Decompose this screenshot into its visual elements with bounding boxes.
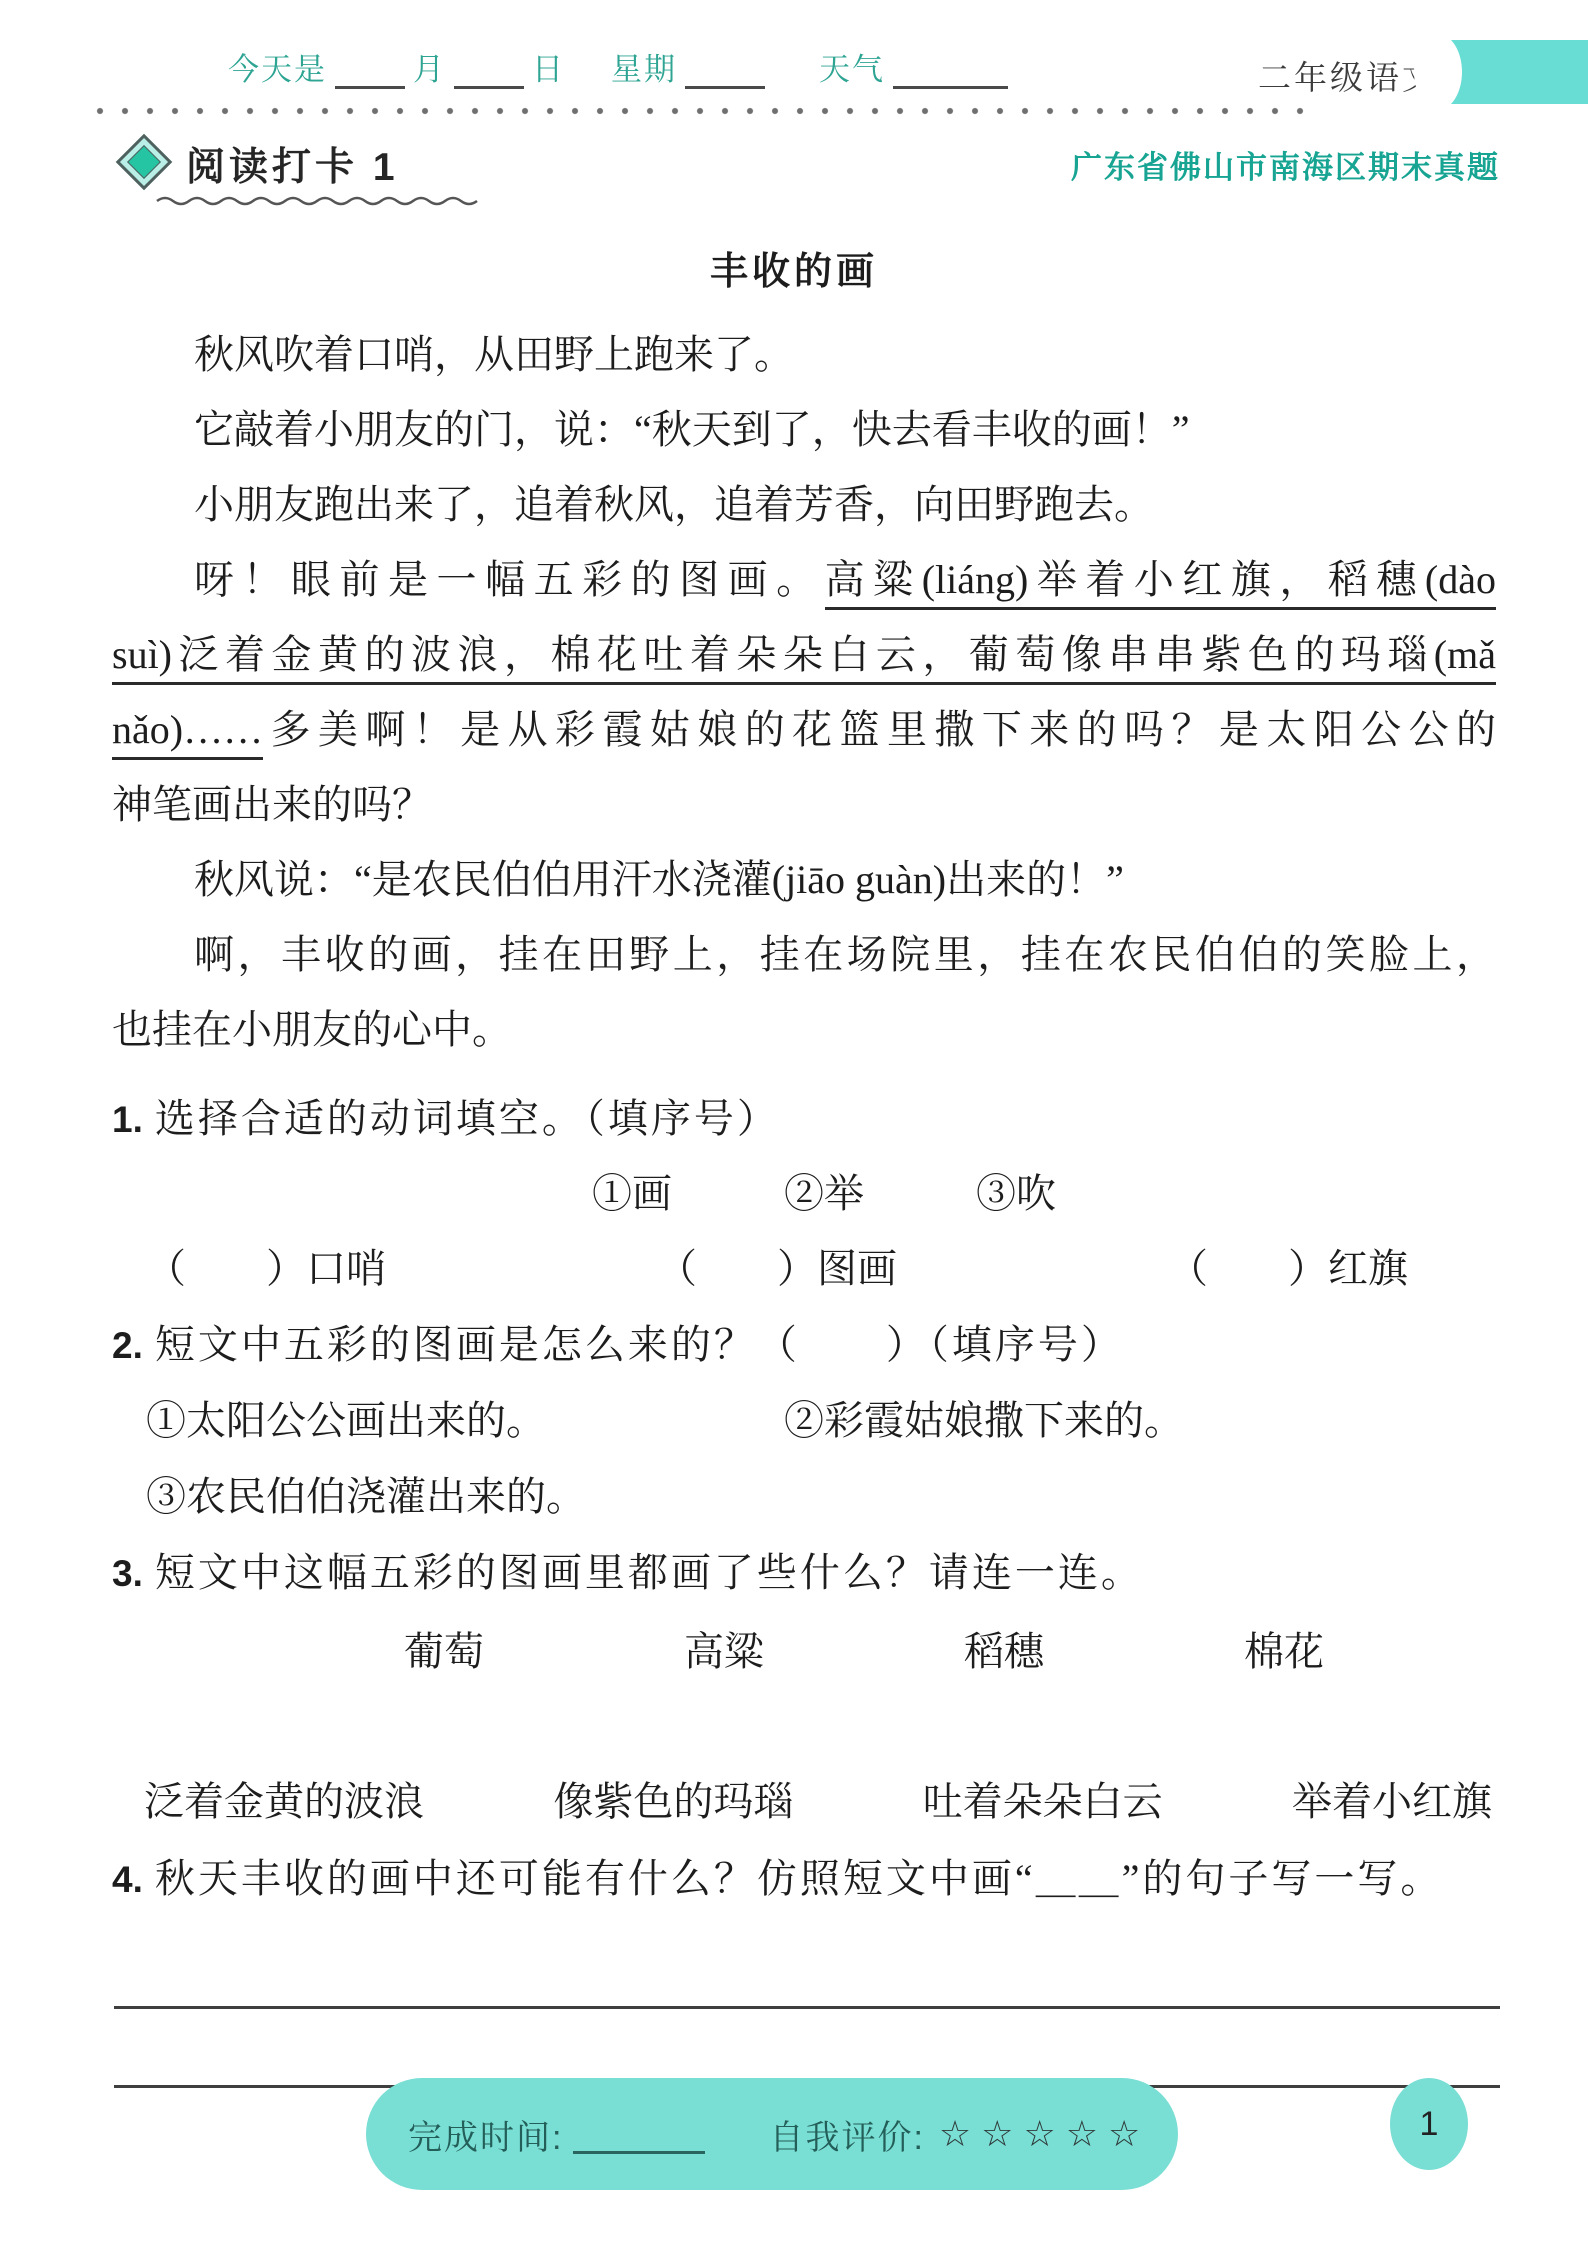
passage-line: suì)泛着金黄的波浪，棉花吐着朵朵白云，葡萄像串串紫色的玛瑙(mǎ xyxy=(112,617,1496,692)
passage-title: 丰收的画 xyxy=(0,240,1588,295)
passage-line: 呀！眼前是一幅五彩的图画。高粱(liáng)举着小红旗，稻穗(dào xyxy=(112,542,1496,617)
question-4-answer-area xyxy=(114,1931,1500,2088)
match-phrase[interactable]: 吐着朵朵白云 xyxy=(923,1763,1163,1841)
underlined-passage-text: 高粱(liáng)举着小红旗，稻穗(dào xyxy=(825,557,1496,610)
answer-line[interactable] xyxy=(114,1931,1500,2009)
diamond-icon xyxy=(116,134,173,191)
section-header: 阅读打卡 1 广东省佛山市南海区期末真题 xyxy=(118,132,1500,196)
question-3-match-top-row: 葡萄高粱稻穗棉花 xyxy=(112,1613,1496,1691)
match-word[interactable]: 高粱 xyxy=(684,1613,764,1691)
question-2: 2.短文中五彩的图画是怎么来的？（ ）（填序号） xyxy=(112,1307,1496,1383)
passage-text: 呀！眼前是一幅五彩的图画。 xyxy=(194,557,825,602)
passage-line: 它敲着小朋友的门，说：“秋天到了，快去看丰收的画！” xyxy=(112,392,1496,467)
question-1: 1.选择合适的动词填空。（填序号） xyxy=(112,1081,1496,1157)
question-2-number: 2. xyxy=(112,1325,143,1366)
ribbon-icon xyxy=(1440,40,1588,104)
choice-option: ③农民伯伯浇灌出来的。 xyxy=(146,1474,586,1519)
question-1-blanks: （ ）口哨（ ）图画（ ）红旗 xyxy=(112,1231,1496,1307)
weather-label: 天气 xyxy=(819,52,885,87)
underlined-passage-text: nǎo)…… xyxy=(112,707,263,760)
question-4: 4.秋天丰收的画中还可能有什么？仿照短文中画“＿＿”的句子写一写。 xyxy=(112,1841,1496,1917)
section-title-group: 阅读打卡 1 xyxy=(118,136,399,192)
match-word[interactable]: 棉花 xyxy=(1244,1613,1324,1691)
date-header: 今天是月日星期天气 二年级语文 xyxy=(0,0,1588,98)
fill-blank-item[interactable]: （ ）红旗 xyxy=(1168,1231,1408,1307)
match-phrase[interactable]: 举着小红旗 xyxy=(1292,1763,1492,1841)
question-3-number: 3. xyxy=(112,1553,143,1594)
passage-text: 神笔画出来的吗？ xyxy=(112,782,432,827)
fill-blank-item[interactable]: （ ）图画 xyxy=(657,1231,897,1307)
answer-line[interactable] xyxy=(114,2009,1500,2088)
passage-body: 秋风吹着口哨，从田野上跑来了。它敲着小朋友的门，说：“秋天到了，快去看丰收的画！… xyxy=(112,317,1496,1067)
dotted-divider xyxy=(95,106,1310,116)
question-2-text: 短文中五彩的图画是怎么来的？（ ）（填序号） xyxy=(155,1322,1124,1367)
choice-option: ②彩霞姑娘撒下来的。 xyxy=(784,1383,1496,1459)
question-2-options-row1: ①太阳公公画出来的。②彩霞姑娘撒下来的。 xyxy=(112,1383,1496,1459)
passage-line: 秋风说：“是农民伯伯用汗水浇灌(jiāo guàn)出来的！” xyxy=(112,842,1496,917)
questions-area: 1.选择合适的动词填空。（填序号） ①画②举③吹 （ ）口哨（ ）图画（ ）红旗… xyxy=(112,1081,1496,1917)
question-3-text: 短文中这幅五彩的图画里都画了些什么？请连一连。 xyxy=(155,1550,1144,1595)
week-label: 星期 xyxy=(611,52,677,87)
passage-text: 多美啊！是从彩霞姑娘的花篮里撒下来的吗？是太阳公公的 xyxy=(263,707,1496,752)
wavy-underline xyxy=(156,194,478,208)
passage-text: 它敲着小朋友的门，说：“秋天到了，快去看丰收的画！” xyxy=(194,407,1190,452)
completion-time-label: 完成时间: xyxy=(408,2110,563,2159)
question-3-match-bottom-row: 泛着金黄的波浪像紫色的玛瑙吐着朵朵白云举着小红旗 xyxy=(112,1763,1496,1841)
passage-line: 秋风吹着口哨，从田野上跑来了。 xyxy=(112,317,1496,392)
passage-text: 啊，丰收的画，挂在田野上，挂在场院里，挂在农民伯伯的笑脸上， xyxy=(194,932,1496,977)
question-1-number: 1. xyxy=(112,1099,143,1140)
passage-line: nǎo)……多美啊！是从彩霞姑娘的花篮里撒下来的吗？是太阳公公的 xyxy=(112,692,1496,767)
choice-option: ①太阳公公画出来的。 xyxy=(146,1383,784,1459)
grade-subject-badge: 二年级语文 xyxy=(1258,52,1438,99)
page-number-badge: 1 xyxy=(1390,2078,1468,2170)
month-blank[interactable] xyxy=(335,52,405,89)
fill-blank-item[interactable]: （ ）口哨 xyxy=(146,1231,386,1307)
match-word[interactable]: 葡萄 xyxy=(404,1613,484,1691)
question-1-word-bank: ①画②举③吹 xyxy=(112,1157,1496,1231)
worksheet-page: 今天是月日星期天气 二年级语文 阅读打卡 1 广东省佛山市南海区期末真题 丰收的… xyxy=(0,0,1588,2246)
question-4-text: 秋天丰收的画中还可能有什么？仿照短文中画“＿＿”的句子写一写。 xyxy=(155,1856,1444,1901)
rating-stars[interactable]: ☆☆☆☆☆ xyxy=(939,2113,1150,2155)
passage-line: 小朋友跑出来了，追着秋风，追着芳香，向田野跑去。 xyxy=(112,467,1496,542)
date-prefix-label: 今天是 xyxy=(228,52,327,87)
month-label: 月 xyxy=(413,52,446,87)
passage-line: 也挂在小朋友的心中。 xyxy=(112,992,1496,1067)
match-phrase[interactable]: 泛着金黄的波浪 xyxy=(144,1763,424,1841)
word-bank-item: ③吹 xyxy=(976,1157,1056,1231)
match-phrase[interactable]: 像紫色的玛瑙 xyxy=(553,1763,793,1841)
page-number: 1 xyxy=(1420,2105,1439,2144)
completion-time-blank[interactable] xyxy=(573,2115,705,2154)
day-label: 日 xyxy=(532,52,565,87)
question-4-number: 4. xyxy=(112,1859,143,1900)
week-blank[interactable] xyxy=(685,52,765,89)
passage-text: 也挂在小朋友的心中。 xyxy=(112,1007,512,1052)
self-evaluation-label: 自我评价: xyxy=(769,2110,924,2159)
section-title: 阅读打卡 1 xyxy=(186,136,399,192)
passage-text: 小朋友跑出来了，追着秋风，追着芳香，向田野跑去。 xyxy=(194,482,1154,527)
underlined-passage-text: suì)泛着金黄的波浪，棉花吐着朵朵白云，葡萄像串串紫色的玛瑙(mǎ xyxy=(112,632,1496,685)
exam-source-label: 广东省佛山市南海区期末真题 xyxy=(1071,142,1500,187)
match-word[interactable]: 稻穗 xyxy=(964,1613,1044,1691)
word-bank-item: ①画 xyxy=(592,1157,672,1231)
day-blank[interactable] xyxy=(454,52,524,89)
word-bank-item: ②举 xyxy=(784,1157,864,1231)
question-3: 3.短文中这幅五彩的图画里都画了些什么？请连一连。 xyxy=(112,1535,1496,1611)
passage-text: 秋风吹着口哨，从田野上跑来了。 xyxy=(194,332,794,377)
page-footer: 完成时间: 自我评价: ☆☆☆☆☆ 1 xyxy=(0,2078,1588,2192)
question-1-text: 选择合适的动词填空。（填序号） xyxy=(155,1096,780,1141)
footer-pill: 完成时间: 自我评价: ☆☆☆☆☆ xyxy=(366,2078,1178,2190)
weather-blank[interactable] xyxy=(893,52,1008,89)
passage-line: 啊，丰收的画，挂在田野上，挂在场院里，挂在农民伯伯的笑脸上， xyxy=(112,917,1496,992)
question-2-options-row2: ③农民伯伯浇灌出来的。 xyxy=(112,1459,1496,1535)
passage-text: 秋风说：“是农民伯伯用汗水浇灌(jiāo guàn)出来的！” xyxy=(194,857,1124,902)
passage-line: 神笔画出来的吗？ xyxy=(112,767,1496,842)
